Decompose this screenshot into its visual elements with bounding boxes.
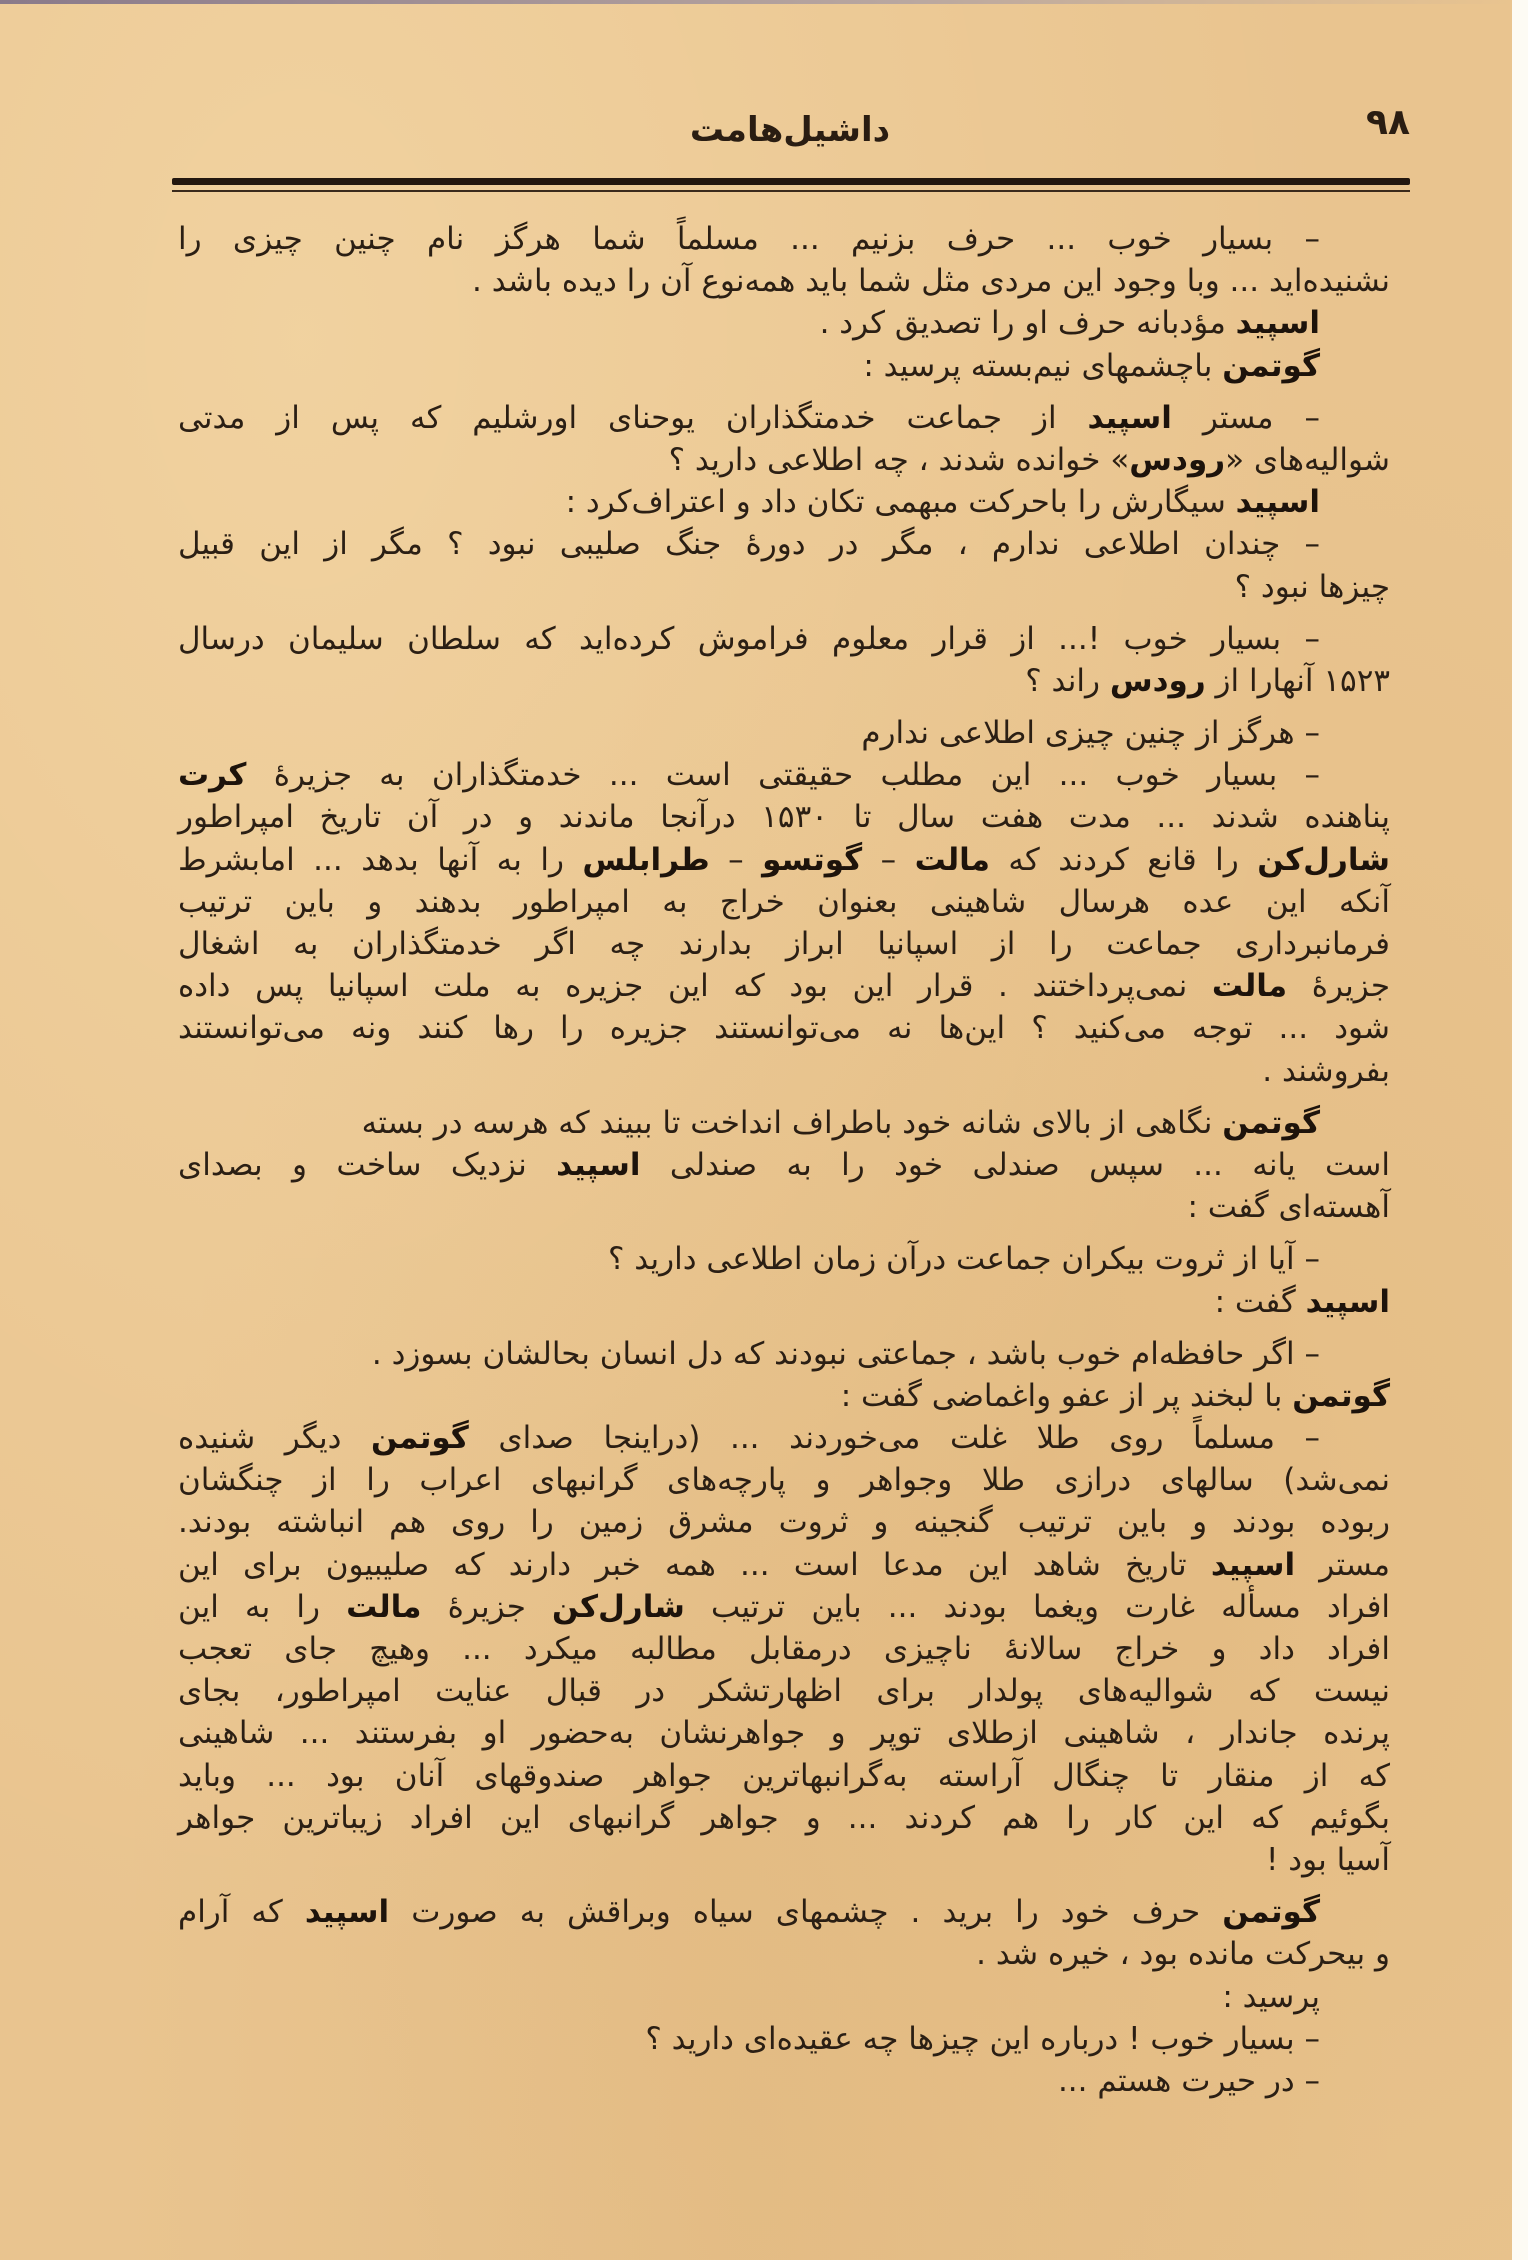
text-segment: بگوئیم که این کار را هم کردند ... و جواه… [178, 1800, 1390, 1836]
text-segment: جزیرهٔ [1287, 968, 1390, 1004]
character-name: اسپید [556, 1147, 640, 1183]
text-line: – بسیار خوب ... این مطلب حقیقتی است ... … [178, 754, 1390, 796]
text-segment: با لبخند پر از عفو واغماضی گفت : [841, 1378, 1293, 1414]
text-segment: آهسته‌ای گفت : [1188, 1189, 1391, 1225]
text-segment: چیزها نبود ؟ [1235, 569, 1390, 605]
text-segment: را قانع کردند که [990, 842, 1257, 878]
text-line: افراد داد و خراج سالانهٔ ناچیزی درمقابل … [178, 1628, 1390, 1670]
text-line: اسپید سیگارش را باحرکت مبهمی تکان داد و … [178, 481, 1390, 523]
text-line: – در حیرت هستم ... [178, 2060, 1390, 2102]
character-name: گوتمن [1222, 1105, 1320, 1141]
text-segment: سیگارش را باحرکت مبهمی تکان داد و اعتراف… [566, 484, 1236, 520]
text-line: است یانه ... سپس صندلی خود را به صندلی ا… [178, 1144, 1390, 1186]
text-segment: – بسیار خوب ... این مطلب حقیقتی است ... … [246, 757, 1320, 793]
character-name: مالت [1212, 968, 1287, 1004]
text-segment: – بسیار خوب !... از قرار معلوم فراموش کر… [178, 621, 1320, 657]
text-segment: پرسید : [1222, 1979, 1320, 2015]
character-name: اسپید [305, 1894, 389, 1930]
character-name: اسپید [1211, 1547, 1295, 1583]
text-segment: نیست که شوالیه‌های پولدار برای اظهارتشکر… [178, 1673, 1390, 1709]
text-segment: آنکه این عده هرسال شاهینی بعنوان خراج به… [178, 884, 1390, 920]
text-line: بفروشند . [178, 1050, 1390, 1092]
text-line: ربوده بودند و باین ترتیب گنجینه و ثروت م… [178, 1501, 1390, 1543]
text-segment: بفروشند . [1262, 1053, 1390, 1089]
text-line: – بسیار خوب !... از قرار معلوم فراموش کر… [178, 618, 1390, 660]
text-segment: شود ... توجه می‌کنید ؟ این‌ها نه می‌توان… [178, 1010, 1390, 1046]
text-segment: گفت : [1215, 1284, 1306, 1320]
character-name: گوتمن [1222, 348, 1320, 384]
text-segment: شوالیه‌های « [1225, 442, 1390, 478]
text-segment: – اگر حافظه‌ام خوب باشد ، جماعتی نبودند … [372, 1336, 1320, 1372]
text-segment: پرنده جاندار ، شاهینی ازطلای توپر و جواه… [178, 1715, 1390, 1751]
text-segment: افراد داد و خراج سالانهٔ ناچیزی درمقابل … [178, 1631, 1390, 1667]
text-segment: – مستر [1172, 400, 1320, 436]
text-line: – مستر اسپید از جماعت خدمتگذاران یوحنای … [178, 397, 1390, 439]
text-line: اسپید گفت : [178, 1281, 1390, 1323]
character-name: مالت [915, 842, 990, 878]
character-name: اسپید [1088, 400, 1172, 436]
book-page: ۹۸ داشیل‌هامت – بسیار خوب ... حرف بزنیم … [0, 0, 1512, 2260]
text-segment: افراد مسأله غارت ویغما بودند ... باین تر… [685, 1589, 1390, 1625]
character-name: طرابلس [582, 842, 709, 878]
text-segment: که از منقار تا چنگال آراسته به‌گرانبهاتر… [178, 1758, 1390, 1794]
text-segment: راند ؟ [1025, 663, 1110, 699]
body-text: – بسیار خوب ... حرف بزنیم ... مسلماً شما… [178, 218, 1390, 2102]
text-line: شوالیه‌های «رودس» خوانده شدند ، چه اطلاع… [178, 439, 1390, 481]
text-segment: مستر [1295, 1547, 1390, 1583]
text-line: نشنیده‌اید ... وبا وجود این مردی مثل شما… [178, 260, 1390, 302]
text-segment: تاریخ شاهد این مدعا است ... همه خبر دارن… [178, 1547, 1211, 1583]
text-line: گوتمن با لبخند پر از عفو واغماضی گفت : [178, 1375, 1390, 1417]
text-line: فرمانبرداری جماعت را از اسپانیا ابراز بد… [178, 923, 1390, 965]
text-segment: نزدیک ساخت و بصدای [178, 1147, 556, 1183]
text-segment: است یانه ... سپس صندلی خود را به صندلی [640, 1147, 1390, 1183]
character-name: رودس [1110, 663, 1206, 699]
text-line: چیزها نبود ؟ [178, 566, 1390, 608]
character-name: اسپید [1306, 1284, 1390, 1320]
text-line: پرنده جاندار ، شاهینی ازطلای توپر و جواه… [178, 1712, 1390, 1754]
text-segment: مؤدبانه حرف او را تصدیق کرد . [820, 305, 1236, 341]
text-line: مستر اسپید تاریخ شاهد این مدعا است ... ه… [178, 1544, 1390, 1586]
character-name: کرت [178, 757, 246, 793]
text-segment: نگاهی از بالای شانه خود باطراف انداخت تا… [362, 1105, 1223, 1141]
text-line: – بسیار خوب ! درباره این چیزها چه عقیده‌… [178, 2018, 1390, 2060]
text-segment: فرمانبرداری جماعت را از اسپانیا ابراز بد… [178, 926, 1390, 962]
text-segment: جزیرهٔ [421, 1589, 552, 1625]
text-line: آهسته‌ای گفت : [178, 1186, 1390, 1228]
text-segment: باچشمهای نیم‌بسته پرسید : [863, 348, 1222, 384]
text-segment: – آیا از ثروت بیکران جماعت درآن زمان اطل… [608, 1241, 1320, 1277]
page-header: ۹۸ داشیل‌هامت [170, 100, 1410, 170]
character-name: رودس [1129, 442, 1225, 478]
text-segment: نمی‌شد) سالهای درازی طلا وجواهر و پارچه‌… [178, 1462, 1390, 1498]
text-segment: حرف خود را برید . چشمهای سیاه وبراقش به … [389, 1894, 1222, 1930]
text-line: اسپید مؤدبانه حرف او را تصدیق کرد . [178, 302, 1390, 344]
text-line: – چندان اطلاعی ندارم ، مگر در دورهٔ جنگ … [178, 523, 1390, 565]
text-line: – اگر حافظه‌ام خوب باشد ، جماعتی نبودند … [178, 1333, 1390, 1375]
text-segment: را به این [178, 1589, 346, 1625]
character-name: مالت [346, 1589, 421, 1625]
text-segment: – [710, 842, 762, 878]
text-segment: – هرگز از چنین چیزی اطلاعی ندارم [861, 715, 1320, 751]
text-segment: » خوانده شدند ، چه اطلاعی دارید ؟ [669, 442, 1130, 478]
text-segment: پناهنده شدند ... مدت هفت سال تا ۱۵۳۰ درآ… [178, 799, 1390, 835]
text-segment: – [862, 842, 914, 878]
header-rule-thin [172, 190, 1410, 192]
character-name: شارل‌کن [1257, 842, 1390, 878]
text-segment: – چندان اطلاعی ندارم ، مگر در دورهٔ جنگ … [178, 526, 1320, 562]
text-line: – مسلماً روی طلا غلت می‌خوردند ... (درای… [178, 1417, 1390, 1459]
text-segment: را به آنها بدهد ... امابشرط [178, 842, 582, 878]
text-segment: دیگر شنیده [178, 1420, 371, 1456]
character-name: شارل‌کن [552, 1589, 685, 1625]
text-line: آنکه این عده هرسال شاهینی بعنوان خراج به… [178, 881, 1390, 923]
text-segment: نشنیده‌اید ... وبا وجود این مردی مثل شما… [472, 263, 1390, 299]
text-line: ۱۵۲۳ آنهارا از رودس راند ؟ [178, 660, 1390, 702]
character-name: گوتمن [371, 1420, 469, 1456]
text-line: شود ... توجه می‌کنید ؟ این‌ها نه می‌توان… [178, 1007, 1390, 1049]
text-line: نمی‌شد) سالهای درازی طلا وجواهر و پارچه‌… [178, 1459, 1390, 1501]
text-segment: و بیحرکت مانده بود ، خیره شد . [976, 1936, 1390, 1972]
text-line: آسیا بود ! [178, 1839, 1390, 1881]
character-name: گوتسو [762, 842, 862, 878]
header-rule-thick [172, 178, 1410, 185]
text-line: نیست که شوالیه‌های پولدار برای اظهارتشکر… [178, 1670, 1390, 1712]
text-segment: ۱۵۲۳ آنهارا از [1206, 663, 1390, 699]
text-line: گوتمن باچشمهای نیم‌بسته پرسید : [178, 345, 1390, 387]
text-segment: نمی‌پرداختند . قرار این بود که این جزیره… [178, 968, 1212, 1004]
text-segment: آسیا بود ! [1266, 1842, 1390, 1878]
character-name: اسپید [1236, 484, 1320, 520]
text-segment: – بسیار خوب ! درباره این چیزها چه عقیده‌… [645, 2021, 1320, 2057]
text-line: – آیا از ثروت بیکران جماعت درآن زمان اطل… [178, 1238, 1390, 1280]
text-line: گوتمن حرف خود را برید . چشمهای سیاه وبرا… [178, 1891, 1390, 1933]
character-name: گوتمن [1222, 1894, 1320, 1930]
character-name: اسپید [1236, 305, 1320, 341]
text-line: که از منقار تا چنگال آراسته به‌گرانبهاتر… [178, 1755, 1390, 1797]
text-line: افراد مسأله غارت ویغما بودند ... باین تر… [178, 1586, 1390, 1628]
text-line: جزیرهٔ مالت نمی‌پرداختند . قرار این بود … [178, 965, 1390, 1007]
text-segment: – در حیرت هستم ... [1058, 2063, 1320, 2099]
text-line: پرسید : [178, 1976, 1390, 2018]
text-line: – بسیار خوب ... حرف بزنیم ... مسلماً شما… [178, 218, 1390, 260]
text-segment: از جماعت خدمتگذاران یوحنای اورشلیم که پس… [178, 400, 1088, 436]
text-line: و بیحرکت مانده بود ، خیره شد . [178, 1933, 1390, 1975]
text-line: شارل‌کن را قانع کردند که مالت – گوتسو – … [178, 839, 1390, 881]
text-segment: که آرام [178, 1894, 305, 1930]
text-line: گوتمن نگاهی از بالای شانه خود باطراف اند… [178, 1102, 1390, 1144]
text-line: پناهنده شدند ... مدت هفت سال تا ۱۵۳۰ درآ… [178, 796, 1390, 838]
character-name: گوتمن [1292, 1378, 1390, 1414]
text-line: بگوئیم که این کار را هم کردند ... و جواه… [178, 1797, 1390, 1839]
running-title: داشیل‌هامت [170, 110, 1410, 150]
text-segment: ربوده بودند و باین ترتیب گنجینه و ثروت م… [178, 1504, 1390, 1540]
text-segment: – مسلماً روی طلا غلت می‌خوردند ... (درای… [469, 1420, 1320, 1456]
text-line: – هرگز از چنین چیزی اطلاعی ندارم [178, 712, 1390, 754]
text-segment: – بسیار خوب ... حرف بزنیم ... مسلماً شما… [178, 221, 1320, 257]
